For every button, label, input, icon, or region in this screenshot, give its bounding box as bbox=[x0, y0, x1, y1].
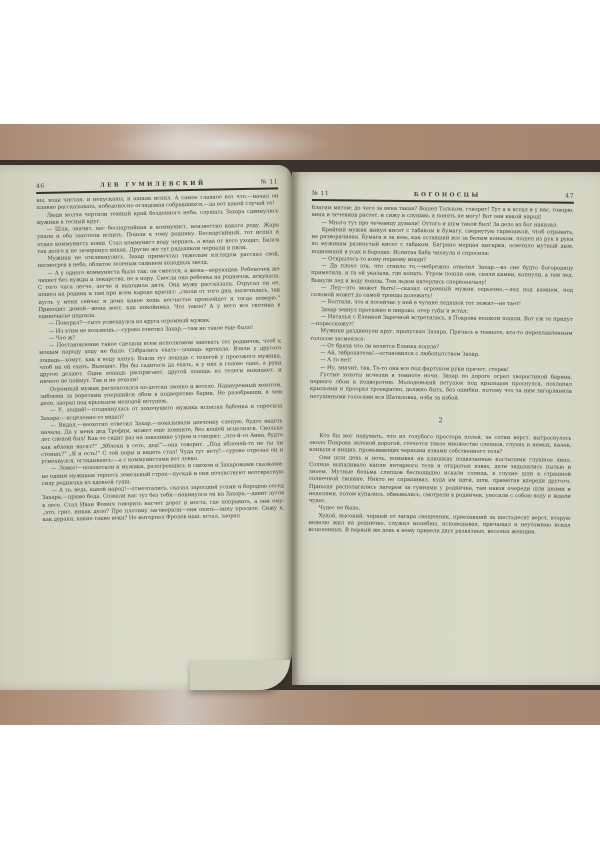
paragraph: — Да плохо эта, что сгнило то,—небрежно … bbox=[311, 263, 573, 287]
issue-number: № 11 bbox=[261, 178, 278, 185]
paragraph: — Видал,—неохотно ответил Захар,—показыв… bbox=[41, 418, 284, 466]
running-title: БОГОНОСЦЫ bbox=[414, 192, 481, 199]
section-number: 2 bbox=[310, 415, 572, 426]
left-page: 46 ЛЕВ ГУМИЛЕВСКИЙ № 11 ны, вода чистая,… bbox=[0, 165, 292, 690]
right-page-content: № 11 БОГОНОСЦЫ 47 благим матом: до чего … bbox=[308, 190, 574, 537]
top-margin bbox=[0, 0, 600, 124]
paragraph: — Постановление такое сделали всем испол… bbox=[39, 338, 282, 386]
bottom-margin bbox=[0, 725, 600, 849]
right-body-text-part-2: Кто бы мог подумать, что из голубого про… bbox=[308, 433, 571, 537]
right-body-text-part-1: благим матом: до чего за вина такая? Вош… bbox=[310, 205, 574, 403]
paragraph: Густые хохоты исчезли в темноте ночи. За… bbox=[310, 372, 572, 404]
page-number: 46 bbox=[36, 183, 45, 190]
page-number: 47 bbox=[565, 193, 574, 200]
book-gutter bbox=[286, 168, 300, 688]
running-title: ЛЕВ ГУМИЛЕВСКИЙ bbox=[100, 181, 206, 189]
paragraph: — А у одного коммуниста было так: он сме… bbox=[38, 266, 281, 321]
header-rule bbox=[312, 199, 574, 204]
issue-number: № 11 bbox=[312, 190, 329, 197]
paragraph: Худой, высокий, черный от загара священн… bbox=[308, 512, 570, 536]
paragraph: Они шли день и ночь, помывая на клюшках … bbox=[309, 454, 572, 507]
left-body-text: ны, вода чистая, и непусканы, и ашнак ис… bbox=[36, 193, 284, 524]
light-glare bbox=[110, 124, 330, 164]
right-page: № 11 БОГОНОСЦЫ 47 благим матом: до чего … bbox=[292, 172, 600, 685]
paragraph: — Шли, значит, вас беспартийная и коммун… bbox=[37, 222, 280, 256]
paragraph: Кто бы мог подумать, что из голубого про… bbox=[309, 433, 571, 457]
right-running-head: № 11 БОГОНОСЦЫ 47 bbox=[312, 190, 574, 200]
paragraph: — А то, ведь, какой народ!—отмечтались, … bbox=[42, 483, 285, 524]
paragraph: Крайний мужик вынул кисет с табаком и бу… bbox=[311, 227, 573, 259]
curled-page-corner bbox=[190, 660, 290, 690]
left-page-content: 46 ЛЕВ ГУМИЛЕВСКИЙ № 11 ны, вода чистая,… bbox=[36, 178, 285, 524]
